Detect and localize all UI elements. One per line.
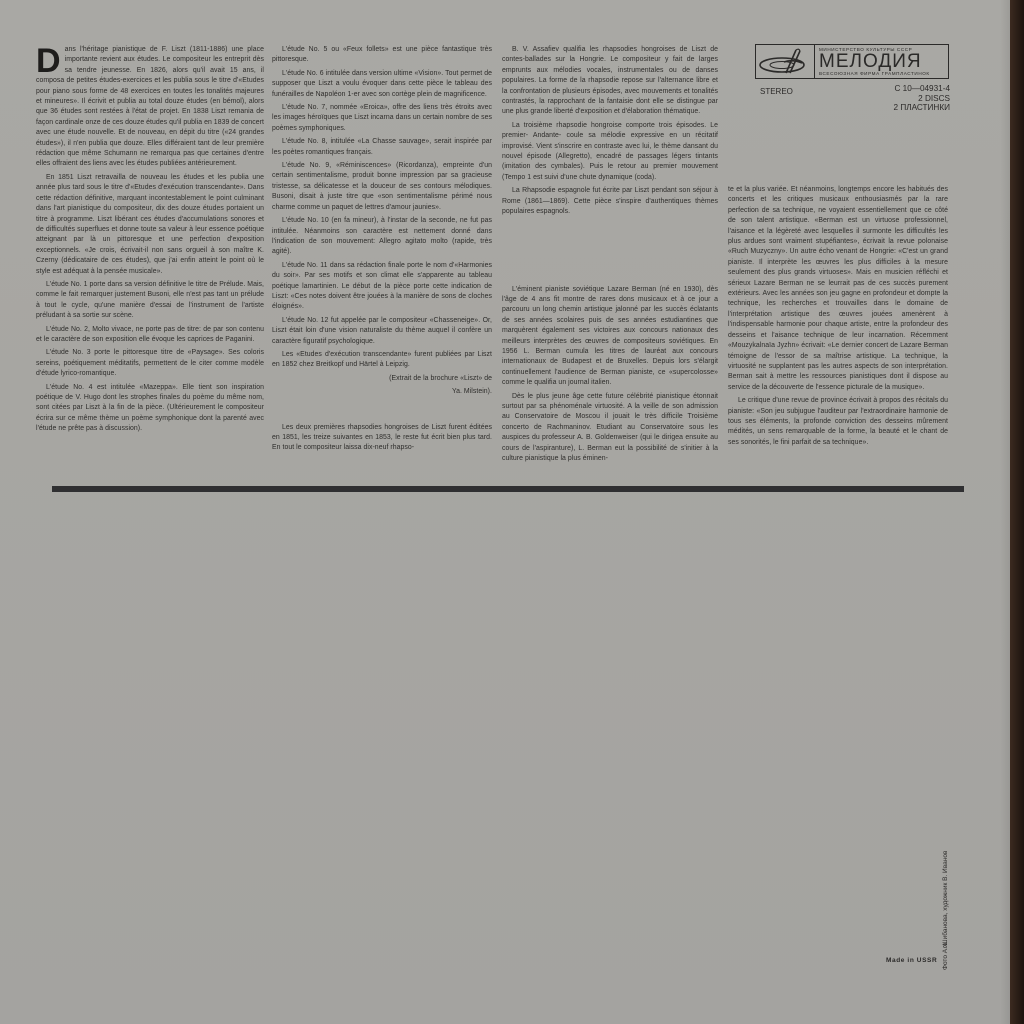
paragraph: L'éminent pianiste soviétique Lazare Ber… bbox=[502, 285, 718, 389]
paragraph: En 1851 Liszt retravailla de nouveau les… bbox=[36, 173, 264, 277]
melodiya-logo-icon bbox=[756, 45, 815, 78]
catalog-number: С 10—04931-4 bbox=[894, 84, 950, 94]
horizontal-divider bbox=[52, 486, 964, 492]
paragraph: L'étude No. 7, nommée «Eroica», offre de… bbox=[272, 103, 492, 134]
liner-notes-column-3: B. V. Assafiev qualifia les rhapsodies h… bbox=[502, 45, 718, 467]
paragraph: L'étude No. 11 dans sa rédaction finale … bbox=[272, 261, 492, 313]
paragraph: B. V. Assafiev qualifia les rhapsodies h… bbox=[502, 45, 718, 118]
attribution: (Extrait de la brochure «Liszt» de bbox=[272, 374, 492, 384]
record-sleeve-back: МИНИСТЕРСТВО КУЛЬТУРЫ СССР МЕЛОДИЯ ВСЕСО… bbox=[0, 0, 1010, 1024]
small-mark: 8 bbox=[943, 943, 947, 950]
paragraph: Dès le plus jeune âge cette future céléb… bbox=[502, 392, 718, 465]
melodiya-logo: МИНИСТЕРСТВО КУЛЬТУРЫ СССР МЕЛОДИЯ ВСЕСО… bbox=[755, 44, 949, 79]
paragraph: La troisième rhapsodie hongroise comport… bbox=[502, 121, 718, 183]
paragraph: te et la plus variée. Et néanmoins, long… bbox=[728, 185, 948, 393]
paragraph: L'étude No. 2, Molto vivace, ne porte pa… bbox=[36, 325, 264, 346]
stereo-label: STEREO bbox=[760, 87, 793, 96]
paragraph: L'étude No. 8, intitulée «La Chasse sauv… bbox=[272, 137, 492, 158]
catalog-block: С 10—04931-4 2 DISCS 2 ПЛАСТИНКИ bbox=[894, 84, 950, 113]
paragraph: Le critique d'une revue de province écri… bbox=[728, 396, 948, 448]
paragraph: L'étude No. 6 intitulée dans version ult… bbox=[272, 69, 492, 100]
paragraph: L'étude No. 4 est intitulée «Mazeppa». E… bbox=[36, 383, 264, 435]
paragraph: L'étude No. 1 porte dans sa version défi… bbox=[36, 280, 264, 322]
paragraph: Les «Etudes d'exécution transcendante» f… bbox=[272, 350, 492, 371]
liner-notes-column-1: Dans l'héritage pianistique de F. Liszt … bbox=[36, 45, 264, 438]
drop-cap: D bbox=[36, 47, 61, 75]
paragraph: La Rhapsodie espagnole fut écrite par Li… bbox=[502, 186, 718, 217]
firm-line: ВСЕСОЮЗНАЯ ФИРМА ГРАМПЛАСТИНОК bbox=[819, 71, 948, 77]
paragraph: L'étude No. 9, «Réminiscences» (Ricordan… bbox=[272, 161, 492, 213]
brand-name: МЕЛОДИЯ bbox=[819, 53, 948, 71]
liner-notes-column-4: te et la plus variée. Et néanmoins, long… bbox=[728, 185, 948, 451]
sleeve-edge-background bbox=[1010, 0, 1024, 1024]
paragraph: L'étude No. 10 (en fa mineur), à l'insta… bbox=[272, 216, 492, 258]
paragraph: L'étude No. 5 ou «Feux follets» est une … bbox=[272, 45, 492, 66]
paragraph: L'étude No. 3 porte le pittoresque titre… bbox=[36, 348, 264, 379]
paragraph: L'étude No. 12 fut appelée par le compos… bbox=[272, 316, 492, 347]
paragraph: Les deux premières rhapsodies hongroises… bbox=[272, 423, 492, 454]
attribution: Ya. Milstein). bbox=[272, 387, 492, 397]
discs-count-ru: 2 ПЛАСТИНКИ bbox=[894, 103, 950, 113]
made-in-label: Made in USSR bbox=[886, 957, 937, 964]
discs-count-en: 2 DISCS bbox=[894, 94, 950, 104]
paragraph: Dans l'héritage pianistique de F. Liszt … bbox=[36, 45, 264, 170]
liner-notes-column-2: L'étude No. 5 ou «Feux follets» est une … bbox=[272, 45, 492, 457]
